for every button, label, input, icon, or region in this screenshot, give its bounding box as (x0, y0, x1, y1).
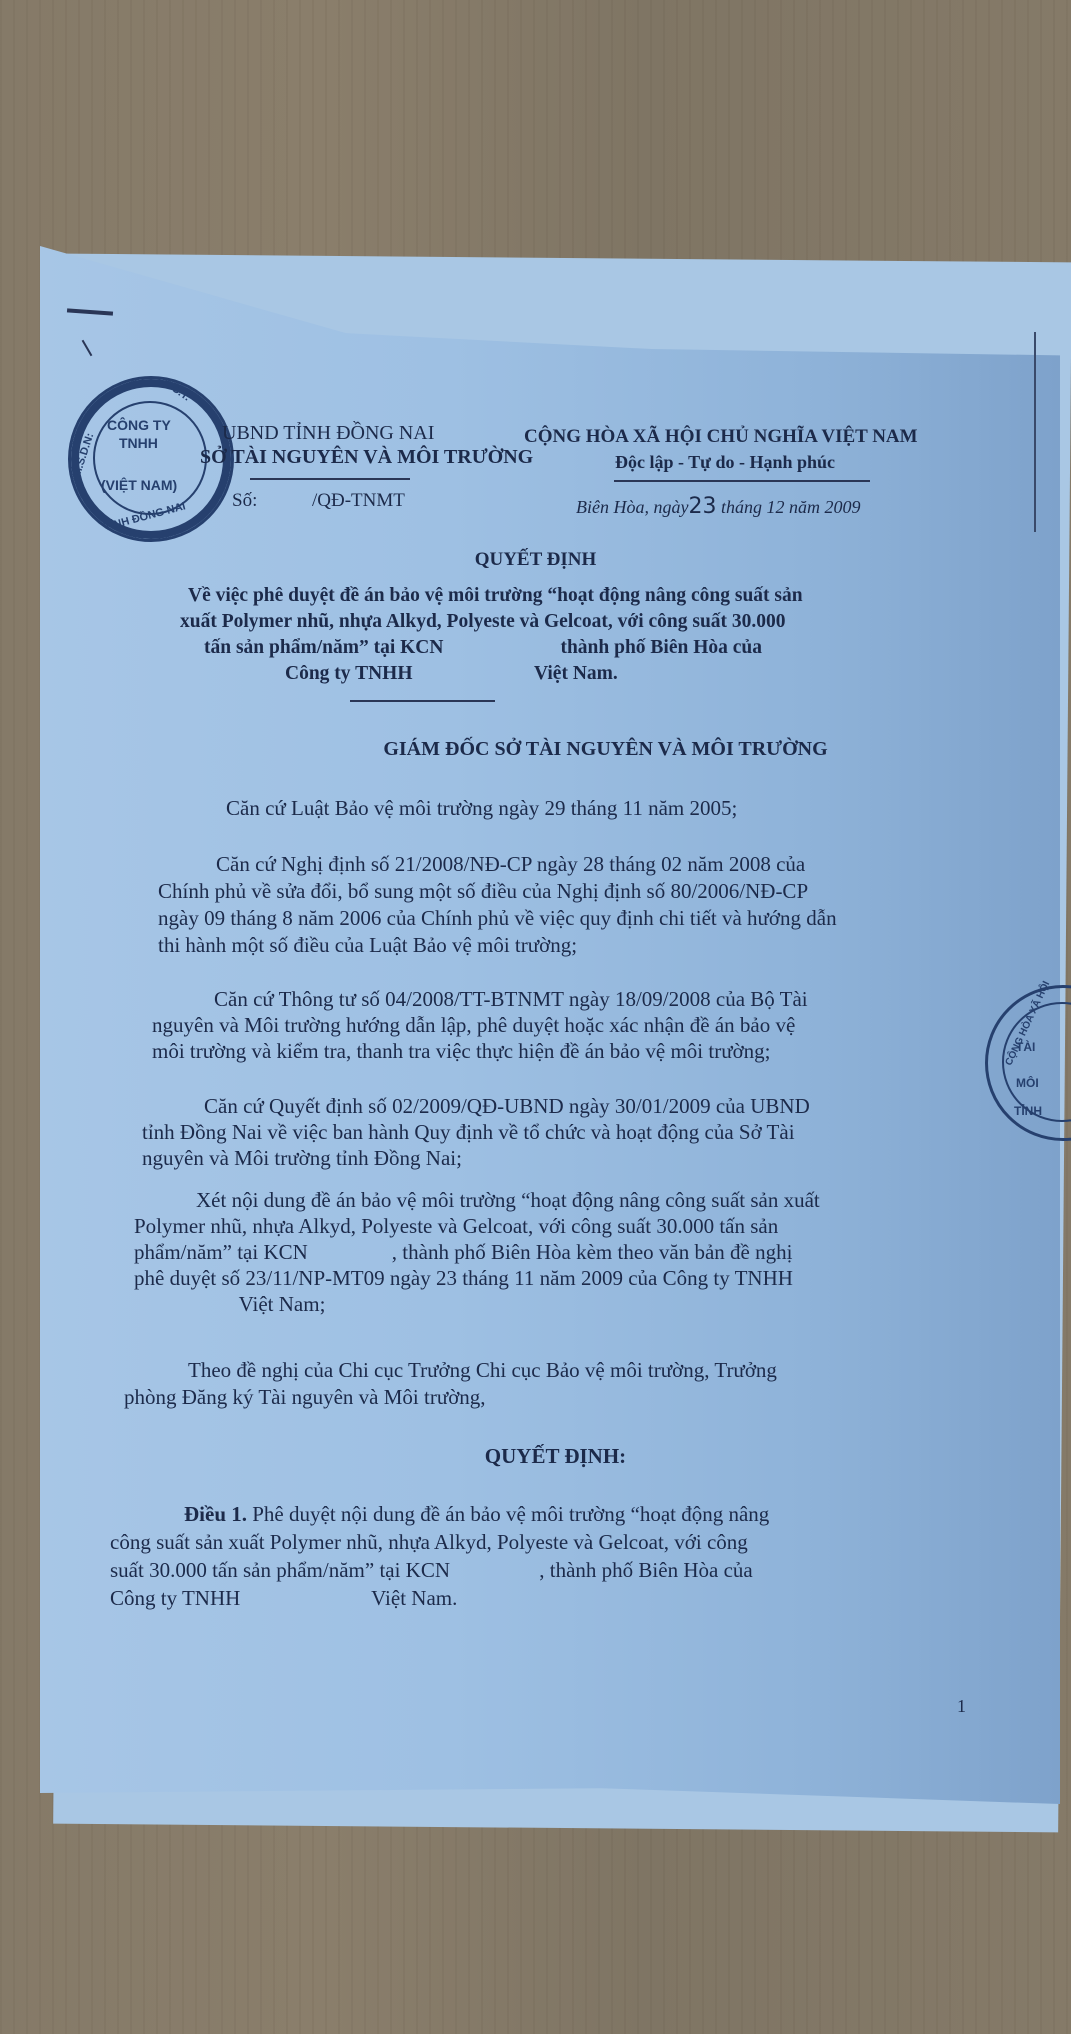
basis-1-line-1: Căn cứ Luật Bảo vệ môi trường ngày 29 th… (226, 794, 737, 823)
subject-line-1: Về việc phê duyệt đề án bảo vệ môi trườn… (188, 585, 803, 607)
decision-heading: QUYẾT ĐỊNH: (0, 1444, 1071, 1469)
date-prefix: Biên Hòa, ngày (576, 497, 688, 517)
basis-3-line-2: nguyên và Môi trường hướng dẫn lập, phê … (152, 1011, 795, 1040)
national-motto: Độc lập - Tự do - Hạnh phúc (615, 452, 835, 473)
article-1-label: Điều 1. (184, 1502, 247, 1526)
motto-underline (614, 480, 870, 482)
basis-4-line-1: Căn cứ Quyết định số 02/2009/QĐ-UBND ngà… (204, 1092, 810, 1121)
basis-6-line-1: Theo đề nghị của Chi cục Trưởng Chi cục … (188, 1356, 777, 1385)
paper-edge-line (1034, 332, 1036, 532)
basis-3-line-1: Căn cứ Thông tư số 04/2008/TT-BTNMT ngày… (214, 985, 808, 1014)
basis-2-line-3: ngày 09 tháng 8 năm 2006 của Chính phủ v… (158, 904, 837, 933)
document-title: QUYẾT ĐỊNH (0, 549, 1071, 571)
seal-line-2: MÔI (1016, 1076, 1039, 1090)
place-date: Biên Hòa, ngày23 tháng 12 năm 2009 (576, 494, 860, 519)
seal-line-3: TỈNH (1014, 1104, 1042, 1118)
basis-2-line-1: Căn cứ Nghị định số 21/2008/NĐ-CP ngày 2… (216, 850, 805, 879)
article-1-text: Phê duyệt nội dung đề án bảo vệ môi trườ… (247, 1502, 769, 1526)
basis-5-line-1: Xét nội dung đề án bảo vệ môi trường “ho… (196, 1186, 820, 1215)
basis-4-line-3: nguyên và Môi trường tỉnh Đồng Nai; (142, 1144, 462, 1173)
title-divider (350, 700, 495, 702)
subject-line-3: tấn sản phẩm/năm” tại KCN thành phố Biên… (204, 637, 762, 659)
basis-2-line-2: Chính phủ về sửa đổi, bổ sung một số điề… (158, 877, 808, 906)
stamp-ring-top: C.T. (169, 382, 192, 403)
basis-4-line-2: tỉnh Đồng Nai về việc ban hành Quy định … (142, 1118, 795, 1147)
basis-5-line-5: Việt Nam; (134, 1290, 325, 1319)
issuer-line-2: SỞ TÀI NGUYÊN VÀ MÔI TRƯỜNG (200, 446, 533, 469)
basis-5-line-2: Polymer nhũ, nhựa Alkyd, Polyeste và Gel… (134, 1212, 778, 1241)
article-1-line-3: suất 30.000 tấn sản phẩm/năm” tại KCN , … (110, 1556, 753, 1585)
stamp-text-top: CÔNG TY (107, 417, 171, 433)
date-day-handwritten: 23 (688, 494, 716, 519)
subject-line-4: Công ty TNHH Việt Nam. (285, 663, 618, 685)
national-title: CỘNG HÒA XÃ HỘI CHỦ NGHĨA VIỆT NAM (524, 426, 918, 448)
issuer-line-1: UBND TỈNH ĐỒNG NAI (222, 422, 434, 445)
stamp-text-middle: TNHH (119, 435, 158, 451)
basis-3-line-3: môi trường và kiểm tra, thanh tra việc t… (152, 1037, 771, 1066)
date-suffix: tháng 12 năm 2009 (721, 497, 861, 517)
issuer-underline (250, 478, 410, 480)
document-number-suffix: /QĐ-TNMT (312, 490, 405, 512)
article-1-line-1: Điều 1. Phê duyệt nội dung đề án bảo vệ … (184, 1500, 769, 1529)
basis-5-line-4: phê duyệt số 23/11/NP-MT09 ngày 23 tháng… (134, 1264, 793, 1293)
basis-2-line-4: thi hành một số điều của Luật Bảo vệ môi… (158, 931, 577, 960)
seal-line-1: TÀI (1016, 1040, 1035, 1054)
basis-6-line-2: phòng Đăng ký Tài nguyên và Môi trường, (124, 1383, 486, 1412)
article-1-line-4: Công ty TNHH Việt Nam. (110, 1584, 457, 1613)
document-number-label: Số: (232, 490, 257, 512)
basis-5-line-3: phẩm/năm” tại KCN , thành phố Biên Hòa k… (134, 1238, 792, 1267)
page-number: 1 (957, 1696, 966, 1717)
subject-line-2: xuất Polymer nhũ, nhựa Alkyd, Polyeste v… (180, 611, 786, 633)
stamp-text-bottom: (VIỆT NAM) (101, 477, 177, 493)
authority-heading: GIÁM ĐỐC SỞ TÀI NGUYÊN VÀ MÔI TRƯỜNG (0, 738, 1071, 761)
article-1-line-2: công suất sản xuất Polymer nhũ, nhựa Alk… (110, 1528, 748, 1557)
